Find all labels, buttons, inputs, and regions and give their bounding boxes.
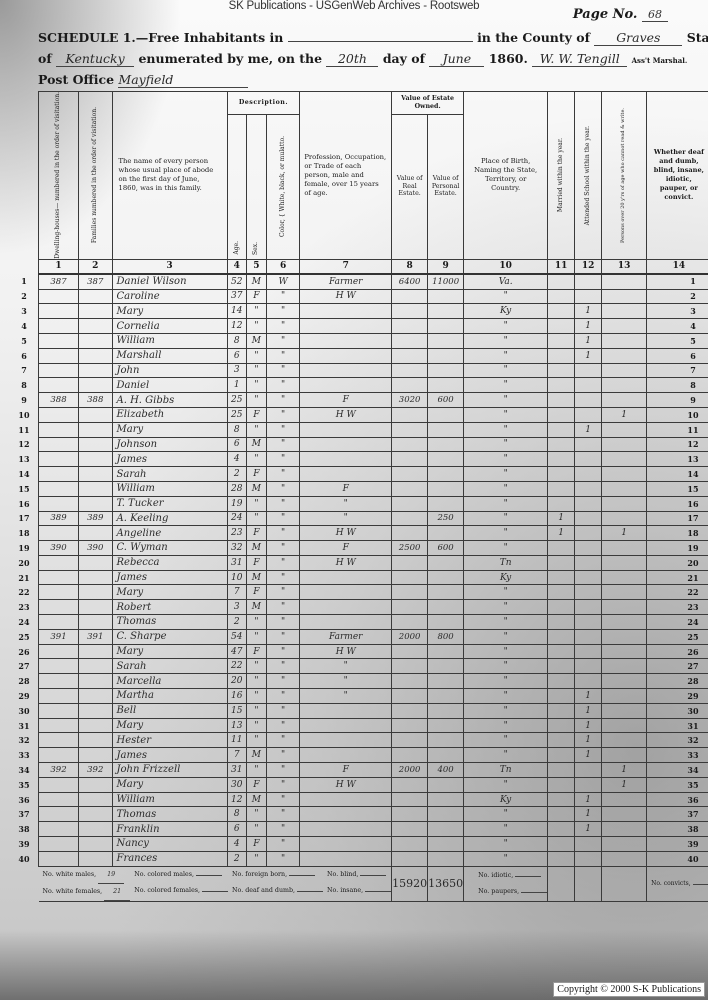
color-cell: ": [266, 585, 300, 600]
personal-estate-cell: 600: [428, 541, 464, 556]
married-cell: [548, 629, 575, 644]
person-name: Mary: [112, 304, 227, 319]
line-number: 35: [14, 780, 34, 790]
line-number: 9: [14, 395, 34, 405]
illiterate-cell: [602, 467, 647, 482]
census-row: Marcella20"""": [39, 674, 708, 689]
person-name: Mary: [112, 718, 227, 733]
line-number: 28: [683, 676, 703, 686]
sex-cell: M: [246, 570, 266, 585]
census-row: Bell15"""1: [39, 703, 708, 718]
illiterate-cell: [602, 822, 647, 837]
age-cell: 3: [227, 363, 246, 378]
birthplace-cell: ": [464, 807, 548, 822]
census-row: 389389A. Keeling24"""250"1: [39, 511, 708, 526]
county-field: Graves: [594, 30, 682, 46]
column-number: 12: [575, 259, 602, 274]
line-number: 2: [14, 291, 34, 301]
occupation-cell: ": [300, 659, 392, 674]
person-name: Thomas: [112, 615, 227, 630]
real-estate-cell: [392, 304, 428, 319]
real-estate-cell: [392, 674, 428, 689]
person-name: Sarah: [112, 467, 227, 482]
occupation-cell: H W: [300, 555, 392, 570]
family-number: [79, 467, 113, 482]
age-cell: 3: [227, 600, 246, 615]
convicts-value: [693, 884, 708, 885]
dwelling-number: [39, 718, 79, 733]
census-row: Mary30F"H W"1: [39, 777, 708, 792]
sex-cell: ": [246, 422, 266, 437]
line-number: 6: [683, 351, 703, 361]
school-cell: [575, 837, 602, 852]
dwelling-number: [39, 822, 79, 837]
occupation-cell: ": [300, 496, 392, 511]
line-number: 32: [683, 735, 703, 745]
dwelling-number: [39, 422, 79, 437]
school-cell: [575, 615, 602, 630]
birthplace-cell: ": [464, 526, 548, 541]
family-number: [79, 585, 113, 600]
married-cell: [548, 363, 575, 378]
age-cell: 15: [227, 703, 246, 718]
occupation-cell: [300, 378, 392, 393]
school-cell: 1: [575, 703, 602, 718]
sex-cell: ": [246, 629, 266, 644]
total-real-estate: 15920: [392, 866, 428, 901]
illiterate-cell: [602, 333, 647, 348]
birthplace-cell: ": [464, 378, 548, 393]
real-estate-cell: [392, 718, 428, 733]
column-number: 10: [464, 259, 548, 274]
age-cell: 1: [227, 378, 246, 393]
person-name: Caroline: [112, 289, 227, 304]
page-number-value: 68: [642, 8, 668, 22]
county-label: in the County of: [477, 30, 590, 45]
illiterate-cell: [602, 437, 647, 452]
birthplace-cell: ": [464, 748, 548, 763]
married-cell: [548, 822, 575, 837]
col-header-married: Married within the year.: [548, 92, 575, 260]
birthplace-cell: ": [464, 467, 548, 482]
color-cell: ": [266, 807, 300, 822]
occupation-cell: F: [300, 393, 392, 408]
line-number: 13: [683, 454, 703, 464]
family-number: [79, 674, 113, 689]
illiterate-cell: [602, 541, 647, 556]
occupation-cell: Farmer: [300, 274, 392, 289]
real-estate-cell: 2000: [392, 763, 428, 778]
sex-cell: ": [246, 851, 266, 866]
age-cell: 11: [227, 733, 246, 748]
illiterate-cell: [602, 363, 647, 378]
copyright-notice: Copyright © 2000 S-K Publications: [553, 982, 705, 997]
col-header-occupation: Profession, Occupation, or Trade of each…: [300, 92, 392, 260]
married-cell: [548, 289, 575, 304]
family-number: [79, 748, 113, 763]
day-field: 20th: [326, 51, 378, 67]
color-cell: ": [266, 822, 300, 837]
sex-cell: ": [246, 674, 266, 689]
birthplace-cell: ": [464, 703, 548, 718]
sex-cell: F: [246, 467, 266, 482]
real-estate-cell: [392, 807, 428, 822]
illiterate-cell: [602, 481, 647, 496]
occupation-cell: [300, 348, 392, 363]
illiterate-cell: [602, 304, 647, 319]
age-cell: 7: [227, 748, 246, 763]
line-number: 26: [683, 647, 703, 657]
census-row: 392392John Frizzell31""F2000400Tn1: [39, 763, 708, 778]
school-cell: [575, 585, 602, 600]
married-cell: [548, 437, 575, 452]
illiterate-cell: 1: [602, 407, 647, 422]
family-number: [79, 481, 113, 496]
school-cell: [575, 393, 602, 408]
white-males-value: 19: [98, 867, 124, 884]
age-cell: 25: [227, 393, 246, 408]
line-number: 21: [14, 573, 34, 583]
occupation-cell: [300, 718, 392, 733]
color-cell: ": [266, 363, 300, 378]
line-number: 26: [14, 647, 34, 657]
census-row: 388388A. H. Gibbs25""F3020600": [39, 393, 708, 408]
line-number: 3: [14, 306, 34, 316]
personal-estate-cell: [428, 363, 464, 378]
color-cell: ": [266, 555, 300, 570]
line-number: 35: [683, 780, 703, 790]
birthplace-cell: ": [464, 851, 548, 866]
occupation-cell: [300, 363, 392, 378]
birthplace-cell: ": [464, 541, 548, 556]
birthplace-cell: ": [464, 615, 548, 630]
census-row: Rebecca31F"H WTn: [39, 555, 708, 570]
illiterate-cell: [602, 452, 647, 467]
sex-cell: M: [246, 748, 266, 763]
color-cell: ": [266, 437, 300, 452]
blind-label: No. blind,: [327, 871, 358, 878]
real-estate-cell: [392, 851, 428, 866]
person-name: James: [112, 570, 227, 585]
sex-cell: ": [246, 703, 266, 718]
age-cell: 47: [227, 644, 246, 659]
birthplace-cell: ": [464, 585, 548, 600]
school-cell: [575, 570, 602, 585]
sex-cell: F: [246, 644, 266, 659]
family-number: [79, 644, 113, 659]
line-number: 4: [14, 321, 34, 331]
school-cell: [575, 467, 602, 482]
line-number: 32: [14, 735, 34, 745]
school-cell: [575, 777, 602, 792]
illiterate-cell: [602, 748, 647, 763]
age-cell: 23: [227, 526, 246, 541]
birthplace-cell: ": [464, 822, 548, 837]
occupation-cell: [300, 452, 392, 467]
post-office-line: Post Office Mayfield: [38, 72, 248, 88]
census-row: William8M""1: [39, 333, 708, 348]
age-cell: 2: [227, 851, 246, 866]
person-name: A. H. Gibbs: [112, 393, 227, 408]
census-row: Thomas8"""1: [39, 807, 708, 822]
line-number: 33: [14, 750, 34, 760]
schedule-label: SCHEDULE 1.—Free Inhabitants in: [38, 30, 283, 45]
dwelling-number: [39, 348, 79, 363]
illiterate-cell: [602, 718, 647, 733]
family-number: [79, 718, 113, 733]
family-number: 389: [79, 511, 113, 526]
personal-estate-cell: [428, 467, 464, 482]
col-header-age: Age.: [227, 114, 246, 259]
family-number: [79, 777, 113, 792]
family-number: [79, 363, 113, 378]
year-label: 1860.: [489, 51, 528, 66]
line-number: 1: [683, 276, 703, 286]
dwelling-number: [39, 733, 79, 748]
married-cell: [548, 541, 575, 556]
occupation-cell: [300, 615, 392, 630]
family-number: [79, 496, 113, 511]
footer-convicts: No. convicts,: [647, 866, 708, 901]
census-row: John3""": [39, 363, 708, 378]
footer-summary-row: No. white males, 19 No. white females, 2…: [39, 866, 708, 901]
line-number: 37: [683, 809, 703, 819]
real-estate-cell: 6400: [392, 274, 428, 289]
birthplace-cell: ": [464, 600, 548, 615]
schedule-title: SCHEDULE 1.—Free Inhabitants in in the C…: [38, 30, 708, 46]
age-cell: 19: [227, 496, 246, 511]
personal-estate-cell: 11000: [428, 274, 464, 289]
line-number: 5: [14, 336, 34, 346]
age-cell: 8: [227, 422, 246, 437]
personal-estate-cell: [428, 496, 464, 511]
white-females-label: No. white females,: [43, 888, 103, 895]
line-number: 12: [683, 439, 703, 449]
census-row: Sarah22"""": [39, 659, 708, 674]
age-cell: 25: [227, 407, 246, 422]
personal-estate-cell: 600: [428, 393, 464, 408]
line-number: 15: [14, 484, 34, 494]
census-row: Cornelia12"""1: [39, 319, 708, 334]
occupation-cell: [300, 422, 392, 437]
line-number: 18: [14, 528, 34, 538]
birthplace-cell: Ky: [464, 792, 548, 807]
dwelling-number: [39, 289, 79, 304]
school-cell: 1: [575, 348, 602, 363]
occupation-cell: Farmer: [300, 629, 392, 644]
personal-estate-cell: [428, 600, 464, 615]
person-name: Bell: [112, 703, 227, 718]
real-estate-cell: [392, 644, 428, 659]
white-females-value: 21: [104, 884, 130, 901]
illiterate-cell: [602, 422, 647, 437]
age-cell: 10: [227, 570, 246, 585]
census-row: Mary8"""1: [39, 422, 708, 437]
school-cell: 1: [575, 733, 602, 748]
family-number: [79, 526, 113, 541]
real-estate-cell: [392, 570, 428, 585]
illiterate-cell: [602, 807, 647, 822]
illiterate-cell: [602, 615, 647, 630]
personal-estate-cell: [428, 733, 464, 748]
age-cell: 31: [227, 555, 246, 570]
school-cell: 1: [575, 333, 602, 348]
line-number: 8: [14, 380, 34, 390]
census-row: 391391C. Sharpe54""Farmer2000800": [39, 629, 708, 644]
footer-blank-12: [575, 866, 602, 901]
birthplace-cell: ": [464, 363, 548, 378]
illiterate-cell: [602, 629, 647, 644]
age-cell: 52: [227, 274, 246, 289]
occupation-cell: [300, 851, 392, 866]
occupation-cell: [300, 748, 392, 763]
age-cell: 6: [227, 437, 246, 452]
color-cell: ": [266, 718, 300, 733]
line-number: 23: [683, 602, 703, 612]
family-number: [79, 689, 113, 704]
census-row: Sarah2F"": [39, 467, 708, 482]
illiterate-cell: [602, 659, 647, 674]
col-header-condition: Whether deaf and dumb, blind, insane, id…: [647, 92, 708, 260]
line-number: 40: [14, 854, 34, 864]
personal-estate-cell: [428, 570, 464, 585]
person-name: C. Wyman: [112, 541, 227, 556]
illiterate-cell: [602, 689, 647, 704]
family-number: [79, 289, 113, 304]
person-name: James: [112, 748, 227, 763]
real-estate-cell: [392, 703, 428, 718]
color-cell: ": [266, 689, 300, 704]
color-cell: ": [266, 615, 300, 630]
age-cell: 24: [227, 511, 246, 526]
age-cell: 8: [227, 807, 246, 822]
dwelling-number: 389: [39, 511, 79, 526]
line-number: 34: [14, 765, 34, 775]
illiterate-cell: [602, 644, 647, 659]
real-estate-cell: [392, 733, 428, 748]
school-cell: 1: [575, 304, 602, 319]
school-cell: 1: [575, 748, 602, 763]
census-row: Johnson6M"": [39, 437, 708, 452]
sex-cell: M: [246, 274, 266, 289]
married-cell: [548, 659, 575, 674]
line-number: 11: [683, 425, 703, 435]
sex-cell: F: [246, 585, 266, 600]
birthplace-cell: ": [464, 407, 548, 422]
personal-estate-cell: [428, 807, 464, 822]
birthplace-cell: ": [464, 437, 548, 452]
color-cell: ": [266, 748, 300, 763]
dwelling-number: 390: [39, 541, 79, 556]
family-number: [79, 333, 113, 348]
line-number: 5: [683, 336, 703, 346]
birthplace-cell: ": [464, 718, 548, 733]
column-number: 14: [647, 259, 708, 274]
line-number: 20: [683, 558, 703, 568]
married-cell: [548, 348, 575, 363]
dwelling-number: [39, 644, 79, 659]
line-number: 36: [683, 795, 703, 805]
birthplace-cell: Ky: [464, 304, 548, 319]
birthplace-cell: ": [464, 659, 548, 674]
school-cell: [575, 659, 602, 674]
col-header-birthplace: Place of Birth, Naming the State, Territ…: [464, 92, 548, 260]
sex-cell: ": [246, 348, 266, 363]
person-name: Sarah: [112, 659, 227, 674]
illiterate-cell: [602, 585, 647, 600]
page-number: Page No. 68: [573, 7, 668, 22]
insane-label: No. insane,: [327, 887, 363, 894]
dwelling-number: [39, 378, 79, 393]
footer-counts: No. white males, 19 No. white females, 2…: [39, 866, 392, 901]
married-cell: [548, 703, 575, 718]
personal-estate-cell: 400: [428, 763, 464, 778]
married-cell: [548, 378, 575, 393]
col-header-real-estate: Value of Real Estate.: [392, 114, 428, 259]
column-number: 8: [392, 259, 428, 274]
family-number: 387: [79, 274, 113, 289]
dwelling-number: [39, 304, 79, 319]
color-cell: ": [266, 393, 300, 408]
line-number: 21: [683, 573, 703, 583]
age-cell: 8: [227, 333, 246, 348]
line-number: 12: [14, 439, 34, 449]
color-cell: ": [266, 481, 300, 496]
family-number: [79, 437, 113, 452]
dwelling-number: [39, 452, 79, 467]
occupation-cell: H W: [300, 777, 392, 792]
married-cell: [548, 851, 575, 866]
real-estate-cell: 2000: [392, 629, 428, 644]
person-name: William: [112, 481, 227, 496]
personal-estate-cell: [428, 674, 464, 689]
illiterate-cell: [602, 274, 647, 289]
illiterate-cell: [602, 837, 647, 852]
age-cell: 16: [227, 689, 246, 704]
dwelling-number: [39, 615, 79, 630]
personal-estate-cell: 800: [428, 629, 464, 644]
state-field: Kentucky: [56, 51, 134, 67]
census-row: Martha16""""1: [39, 689, 708, 704]
sex-cell: M: [246, 600, 266, 615]
color-cell: ": [266, 319, 300, 334]
occupation-cell: [300, 703, 392, 718]
state-label: State: [687, 30, 708, 45]
illiterate-cell: 1: [602, 526, 647, 541]
dwelling-number: [39, 600, 79, 615]
birthplace-cell: ": [464, 481, 548, 496]
family-number: [79, 555, 113, 570]
school-cell: [575, 526, 602, 541]
married-cell: [548, 496, 575, 511]
color-cell: ": [266, 407, 300, 422]
dwelling-number: [39, 851, 79, 866]
age-cell: 6: [227, 348, 246, 363]
col-header-estate: Value of Estate Owned.: [392, 92, 464, 115]
personal-estate-cell: [428, 659, 464, 674]
colored-males-label: No. colored males,: [134, 871, 194, 878]
personal-estate-cell: [428, 333, 464, 348]
married-cell: [548, 748, 575, 763]
occupation-cell: [300, 600, 392, 615]
white-males-label: No. white males,: [43, 871, 97, 878]
sex-cell: ": [246, 659, 266, 674]
column-number: 11: [548, 259, 575, 274]
sex-cell: F: [246, 526, 266, 541]
occupation-cell: [300, 570, 392, 585]
census-row: James4""": [39, 452, 708, 467]
line-number: 39: [14, 839, 34, 849]
